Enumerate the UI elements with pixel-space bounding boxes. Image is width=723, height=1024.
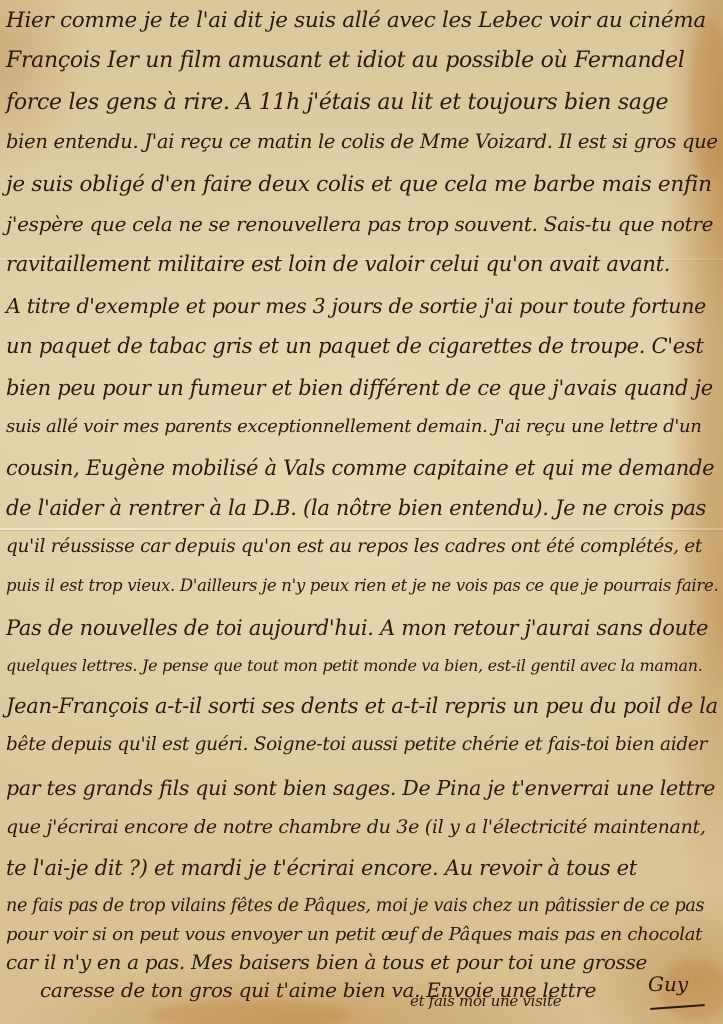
letter-line: force les gens à rire. A 11h j'étais au …: [6, 92, 668, 114]
letter-line: de l'aider à rentrer à la D.B. (la nôtre…: [6, 498, 706, 519]
paper-stain: [690, 20, 723, 180]
letter-line: Hier comme je te l'ai dit je suis allé a…: [6, 10, 706, 32]
letter-line: ne fais pas de trop vilains fêtes de Pâq…: [6, 898, 704, 916]
letter-line: ravitaillement militaire est loin de val…: [6, 254, 670, 275]
paper-stain: [150, 1000, 350, 1024]
letter-line: qu'il réussisse car depuis qu'on est au …: [6, 538, 702, 557]
letter-line: je suis obligé d'en faire deux colis et …: [6, 174, 712, 196]
letter-line: j'espère que cela ne se renouvellera pas…: [6, 214, 713, 234]
letter-line: bien entendu. J'ai reçu ce matin le coli…: [6, 132, 718, 152]
letter-line: quelques lettres. Je pense que tout mon …: [6, 658, 703, 674]
letter-line: A titre d'exemple et pour mes 3 jours de…: [6, 296, 706, 317]
letter-line: puis il est trop vieux. D'ailleurs je n'…: [6, 578, 718, 595]
letter-line: suis allé voir mes parents exceptionnell…: [6, 418, 702, 436]
letter-line: cousin, Eugène mobilisé à Vals comme cap…: [6, 458, 714, 479]
letter-line: te l'ai-je dit ?) et mardi je t'écrirai …: [6, 858, 637, 879]
letter-line: car il n'y en a pas. Mes baisers bien à …: [6, 952, 647, 972]
letter-line: bien peu pour un fumeur et bien différen…: [6, 378, 713, 399]
letter-line: par tes grands fils qui sont bien sages.…: [6, 778, 715, 799]
letter-line: pour voir si on peut vous envoyer un pet…: [6, 926, 702, 944]
letter-line: bête depuis qu'il est guéri. Soigne-toi …: [6, 736, 707, 755]
letter-line: que j'écrirai encore de notre chambre du…: [6, 818, 706, 837]
paper-fold-line: [0, 528, 723, 530]
letter-line: Pas de nouvelles de toi aujourd'hui. A m…: [6, 618, 708, 639]
letter-page: Hier comme je te l'ai dit je suis allé a…: [0, 0, 723, 1024]
letter-line: François Ier un film amusant et idiot au…: [6, 50, 685, 72]
letter-line: Jean-François a-t-il sorti ses dents et …: [6, 696, 718, 717]
signature: Guy: [648, 972, 688, 996]
interlinear-addition: et fais moi une visite: [410, 994, 561, 1009]
letter-line: un paquet de tabac gris et un paquet de …: [6, 336, 704, 357]
